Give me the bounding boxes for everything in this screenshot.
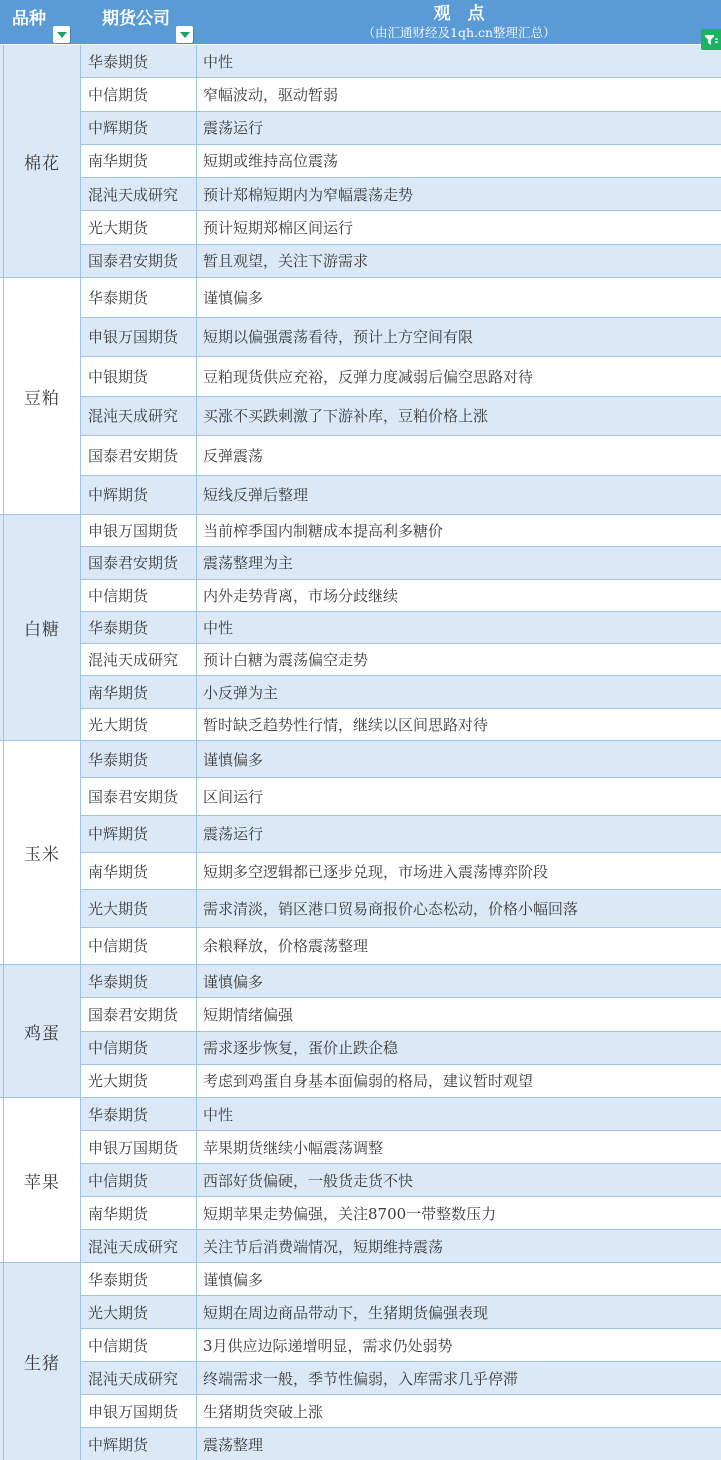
company-cell: 中辉期货 <box>81 816 197 852</box>
opinion-row: 国泰君安期货短期情绪偏强 <box>81 998 721 1031</box>
view-cell: 中性 <box>197 1098 721 1130</box>
opinion-row: 国泰君安期货区间运行 <box>81 778 721 815</box>
view-cell: 谨慎偏多 <box>197 278 721 317</box>
view-cell: 预计白糖为震荡偏空走势 <box>197 644 721 675</box>
view-cell: 预计郑棉短期内为窄幅震荡走势 <box>197 178 721 210</box>
view-cell: 豆粕现货供应充裕，反弹力度减弱后偏空思路对待 <box>197 357 721 396</box>
company-cell: 中信期货 <box>81 928 197 964</box>
company-cell: 中辉期货 <box>81 112 197 144</box>
company-cell: 华泰期货 <box>81 278 197 317</box>
section-rows: 华泰期货谨慎偏多国泰君安期货短期情绪偏强中信期货需求逐步恢复，蛋价止跌企稳光大期… <box>81 965 721 1097</box>
opinion-row: 申银万国期货苹果期货继续小幅震荡调整 <box>81 1131 721 1164</box>
view-cell: 终端需求一般，季节性偏弱，入库需求几乎停滞 <box>197 1362 721 1394</box>
opinion-row: 华泰期货谨慎偏多 <box>81 1263 721 1296</box>
table-header: 品种 期货公司 观 点 （由汇通财经及1qh.cn整理汇总） <box>0 0 721 45</box>
view-cell: 苹果期货继续小幅震荡调整 <box>197 1131 721 1163</box>
view-cell: 买涨不买跌刺激了下游补库，豆粕价格上涨 <box>197 397 721 436</box>
section-rows: 华泰期货谨慎偏多国泰君安期货区间运行中辉期货震荡运行南华期货短期多空逻辑都已逐步… <box>81 741 721 964</box>
opinion-row: 光大期货考虑到鸡蛋自身基本面偏弱的格局，建议暂时观望 <box>81 1065 721 1097</box>
opinion-row: 中信期货西部好货偏硬，一般货走货不快 <box>81 1164 721 1197</box>
company-cell: 中信期货 <box>81 1032 197 1064</box>
company-cell: 南华期货 <box>81 676 197 707</box>
futures-opinion-table: 品种 期货公司 观 点 （由汇通财经及1qh.cn整理汇总） 棉花华泰期货中性中… <box>0 0 721 1460</box>
commodity-section: 生猪华泰期货谨慎偏多光大期货短期在周边商品带动下，生猪期货偏强表现中信期货3月供… <box>0 1263 721 1460</box>
company-cell: 华泰期货 <box>81 965 197 997</box>
view-cell: 谨慎偏多 <box>197 1263 721 1295</box>
commodity-section: 豆粕华泰期货谨慎偏多申银万国期货短期以偏强震荡看待，预计上方空间有限中银期货豆粕… <box>0 278 721 515</box>
company-cell: 国泰君安期货 <box>81 245 197 277</box>
variety-filter-button[interactable] <box>53 26 70 43</box>
company-cell: 中银期货 <box>81 357 197 396</box>
opinion-row: 华泰期货谨慎偏多 <box>81 741 721 778</box>
commodity-section: 鸡蛋华泰期货谨慎偏多国泰君安期货短期情绪偏强中信期货需求逐步恢复，蛋价止跌企稳光… <box>0 965 721 1098</box>
variety-cell: 生猪 <box>4 1263 81 1460</box>
view-cell: 震荡运行 <box>197 816 721 852</box>
view-cell: 生猪期货突破上涨 <box>197 1395 721 1427</box>
variety-cell: 玉米 <box>4 741 81 964</box>
opinion-row: 国泰君安期货震荡整理为主 <box>81 547 721 579</box>
opinion-row: 中辉期货震荡运行 <box>81 112 721 145</box>
company-cell: 光大期货 <box>81 1296 197 1328</box>
variety-cell: 棉花 <box>4 45 81 277</box>
company-column-header: 期货公司 <box>102 11 170 28</box>
opinion-row: 混沌天成研究关注节后消费端情况，短期维持震荡 <box>81 1230 721 1262</box>
view-cell: 短期在周边商品带动下，生猪期货偏强表现 <box>197 1296 721 1328</box>
opinion-row: 南华期货短期或维持高位震荡 <box>81 145 721 178</box>
opinion-row: 混沌天成研究预计白糖为震荡偏空走势 <box>81 644 721 676</box>
opinion-row: 中信期货需求逐步恢复，蛋价止跌企稳 <box>81 1032 721 1065</box>
company-cell: 华泰期货 <box>81 741 197 777</box>
commodity-section: 玉米华泰期货谨慎偏多国泰君安期货区间运行中辉期货震荡运行南华期货短期多空逻辑都已… <box>0 741 721 965</box>
section-rows: 华泰期货中性中信期货窄幅波动，驱动暂弱中辉期货震荡运行南华期货短期或维持高位震荡… <box>81 45 721 277</box>
opinion-row: 混沌天成研究买涨不买跌刺激了下游补库，豆粕价格上涨 <box>81 397 721 437</box>
opinion-row: 中辉期货震荡整理 <box>81 1428 721 1460</box>
view-cell: 短期或维持高位震荡 <box>197 145 721 177</box>
view-cell: 暂且观望，关注下游需求 <box>197 245 721 277</box>
view-cell: 短期多空逻辑都已逐步兑现，市场进入震荡博弈阶段 <box>197 853 721 889</box>
view-column-title: 观 点 <box>197 4 721 25</box>
company-cell: 南华期货 <box>81 145 197 177</box>
opinion-row: 华泰期货中性 <box>81 1098 721 1131</box>
section-rows: 申银万国期货当前榨季国内制糖成本提高利多糖价国泰君安期货震荡整理为主中信期货内外… <box>81 515 721 740</box>
opinion-row: 南华期货小反弹为主 <box>81 676 721 708</box>
opinion-row: 混沌天成研究终端需求一般，季节性偏弱，入库需求几乎停滞 <box>81 1362 721 1395</box>
section-rows: 华泰期货谨慎偏多申银万国期货短期以偏强震荡看待，预计上方空间有限中银期货豆粕现货… <box>81 278 721 514</box>
view-cell: 小反弹为主 <box>197 676 721 707</box>
view-cell: 暂时缺乏趋势性行情，继续以区间思路对待 <box>197 709 721 740</box>
company-cell: 中辉期货 <box>81 1428 197 1460</box>
company-cell: 华泰期货 <box>81 45 197 77</box>
opinion-row: 申银万国期货生猪期货突破上涨 <box>81 1395 721 1428</box>
table-body: 棉花华泰期货中性中信期货窄幅波动，驱动暂弱中辉期货震荡运行南华期货短期或维持高位… <box>0 45 721 1460</box>
opinion-row: 中信期货内外走势背离，市场分歧继续 <box>81 580 721 612</box>
company-cell: 国泰君安期货 <box>81 998 197 1030</box>
section-rows: 华泰期货中性申银万国期货苹果期货继续小幅震荡调整中信期货西部好货偏硬，一般货走货… <box>81 1098 721 1262</box>
company-cell: 混沌天成研究 <box>81 1362 197 1394</box>
view-cell: 震荡整理 <box>197 1428 721 1460</box>
variety-column-header: 品种 <box>12 11 46 28</box>
opinion-row: 华泰期货中性 <box>81 45 721 78</box>
opinion-row: 中信期货3月供应边际递增明显，需求仍处弱势 <box>81 1329 721 1362</box>
view-cell: 震荡运行 <box>197 112 721 144</box>
opinion-row: 光大期货短期在周边商品带动下，生猪期货偏强表现 <box>81 1296 721 1329</box>
opinion-row: 光大期货暂时缺乏趋势性行情，继续以区间思路对待 <box>81 709 721 740</box>
funnel-glyph <box>703 32 719 48</box>
commodity-section: 苹果华泰期货中性申银万国期货苹果期货继续小幅震荡调整中信期货西部好货偏硬，一般货… <box>0 1098 721 1263</box>
company-cell: 华泰期货 <box>81 1263 197 1295</box>
company-cell: 申银万国期货 <box>81 515 197 546</box>
view-cell: 短线反弹后整理 <box>197 476 721 515</box>
company-cell: 混沌天成研究 <box>81 178 197 210</box>
view-cell: 短期苹果走势偏强，关注8700一带整数压力 <box>197 1197 721 1229</box>
company-filter-button[interactable] <box>176 26 193 43</box>
section-rows: 华泰期货谨慎偏多光大期货短期在周边商品带动下，生猪期货偏强表现中信期货3月供应边… <box>81 1263 721 1460</box>
opinion-row: 华泰期货中性 <box>81 612 721 644</box>
company-cell: 光大期货 <box>81 211 197 243</box>
opinion-row: 中信期货余粮释放，价格震荡整理 <box>81 928 721 964</box>
opinion-row: 华泰期货谨慎偏多 <box>81 278 721 318</box>
company-cell: 申银万国期货 <box>81 318 197 357</box>
view-cell: 当前榨季国内制糖成本提高利多糖价 <box>197 515 721 546</box>
view-cell: 谨慎偏多 <box>197 965 721 997</box>
view-cell: 需求清淡，销区港口贸易商报价心态松动，价格小幅回落 <box>197 890 721 926</box>
view-cell: 预计短期郑棉区间运行 <box>197 211 721 243</box>
company-cell: 华泰期货 <box>81 612 197 643</box>
view-cell: 短期情绪偏强 <box>197 998 721 1030</box>
opinion-row: 国泰君安期货反弹震荡 <box>81 436 721 476</box>
opinion-row: 混沌天成研究预计郑棉短期内为窄幅震荡走势 <box>81 178 721 211</box>
company-cell: 中信期货 <box>81 1329 197 1361</box>
company-cell: 中辉期货 <box>81 476 197 515</box>
opinion-row: 申银万国期货当前榨季国内制糖成本提高利多糖价 <box>81 515 721 547</box>
commodity-section: 白糖申银万国期货当前榨季国内制糖成本提高利多糖价国泰君安期货震荡整理为主中信期货… <box>0 515 721 741</box>
company-cell: 混沌天成研究 <box>81 397 197 436</box>
opinion-row: 中信期货窄幅波动，驱动暂弱 <box>81 78 721 111</box>
view-cell: 考虑到鸡蛋自身基本面偏弱的格局，建议暂时观望 <box>197 1065 721 1097</box>
company-cell: 国泰君安期货 <box>81 547 197 578</box>
company-cell: 南华期货 <box>81 1197 197 1229</box>
view-column-header: 观 点 （由汇通财经及1qh.cn整理汇总） <box>197 4 721 41</box>
company-cell: 混沌天成研究 <box>81 644 197 675</box>
view-cell: 谨慎偏多 <box>197 741 721 777</box>
commodity-section: 棉花华泰期货中性中信期货窄幅波动，驱动暂弱中辉期货震荡运行南华期货短期或维持高位… <box>0 45 721 278</box>
variety-cell: 豆粕 <box>4 278 81 514</box>
view-cell: 需求逐步恢复，蛋价止跌企稳 <box>197 1032 721 1064</box>
view-cell: 短期以偏强震荡看待，预计上方空间有限 <box>197 318 721 357</box>
opinion-row: 申银万国期货短期以偏强震荡看待，预计上方空间有限 <box>81 318 721 358</box>
dropdown-arrow-icon <box>57 32 67 38</box>
company-cell: 华泰期货 <box>81 1098 197 1130</box>
opinion-row: 中辉期货短线反弹后整理 <box>81 476 721 515</box>
opinion-row: 中辉期货震荡运行 <box>81 816 721 853</box>
view-cell: 震荡整理为主 <box>197 547 721 578</box>
company-cell: 国泰君安期货 <box>81 436 197 475</box>
view-cell: 余粮释放，价格震荡整理 <box>197 928 721 964</box>
company-cell: 光大期货 <box>81 709 197 740</box>
company-cell: 南华期货 <box>81 853 197 889</box>
company-cell: 申银万国期货 <box>81 1131 197 1163</box>
view-cell: 区间运行 <box>197 778 721 814</box>
dropdown-arrow-icon <box>180 32 190 38</box>
variety-cell: 鸡蛋 <box>4 965 81 1097</box>
filter-funnel-icon <box>701 29 721 50</box>
company-cell: 光大期货 <box>81 890 197 926</box>
opinion-row: 南华期货短期多空逻辑都已逐步兑现，市场进入震荡博弈阶段 <box>81 853 721 890</box>
company-cell: 中信期货 <box>81 78 197 110</box>
company-cell: 国泰君安期货 <box>81 778 197 814</box>
view-cell: 3月供应边际递增明显，需求仍处弱势 <box>197 1329 721 1361</box>
variety-cell: 白糖 <box>4 515 81 740</box>
opinion-row: 光大期货预计短期郑棉区间运行 <box>81 211 721 244</box>
variety-cell: 苹果 <box>4 1098 81 1262</box>
view-cell: 内外走势背离，市场分歧继续 <box>197 580 721 611</box>
company-cell: 混沌天成研究 <box>81 1230 197 1262</box>
view-cell: 中性 <box>197 45 721 77</box>
company-cell: 中信期货 <box>81 1164 197 1196</box>
view-cell: 关注节后消费端情况，短期维持震荡 <box>197 1230 721 1262</box>
company-cell: 中信期货 <box>81 580 197 611</box>
opinion-row: 国泰君安期货暂且观望，关注下游需求 <box>81 245 721 277</box>
opinion-row: 光大期货需求清淡，销区港口贸易商报价心态松动，价格小幅回落 <box>81 890 721 927</box>
view-column-subtitle: （由汇通财经及1qh.cn整理汇总） <box>197 25 721 41</box>
view-cell: 中性 <box>197 612 721 643</box>
company-cell: 申银万国期货 <box>81 1395 197 1427</box>
opinion-row: 中银期货豆粕现货供应充裕，反弹力度减弱后偏空思路对待 <box>81 357 721 397</box>
opinion-row: 南华期货短期苹果走势偏强，关注8700一带整数压力 <box>81 1197 721 1230</box>
opinion-row: 华泰期货谨慎偏多 <box>81 965 721 998</box>
company-cell: 光大期货 <box>81 1065 197 1097</box>
view-cell: 窄幅波动，驱动暂弱 <box>197 78 721 110</box>
view-cell: 反弹震荡 <box>197 436 721 475</box>
view-cell: 西部好货偏硬，一般货走货不快 <box>197 1164 721 1196</box>
